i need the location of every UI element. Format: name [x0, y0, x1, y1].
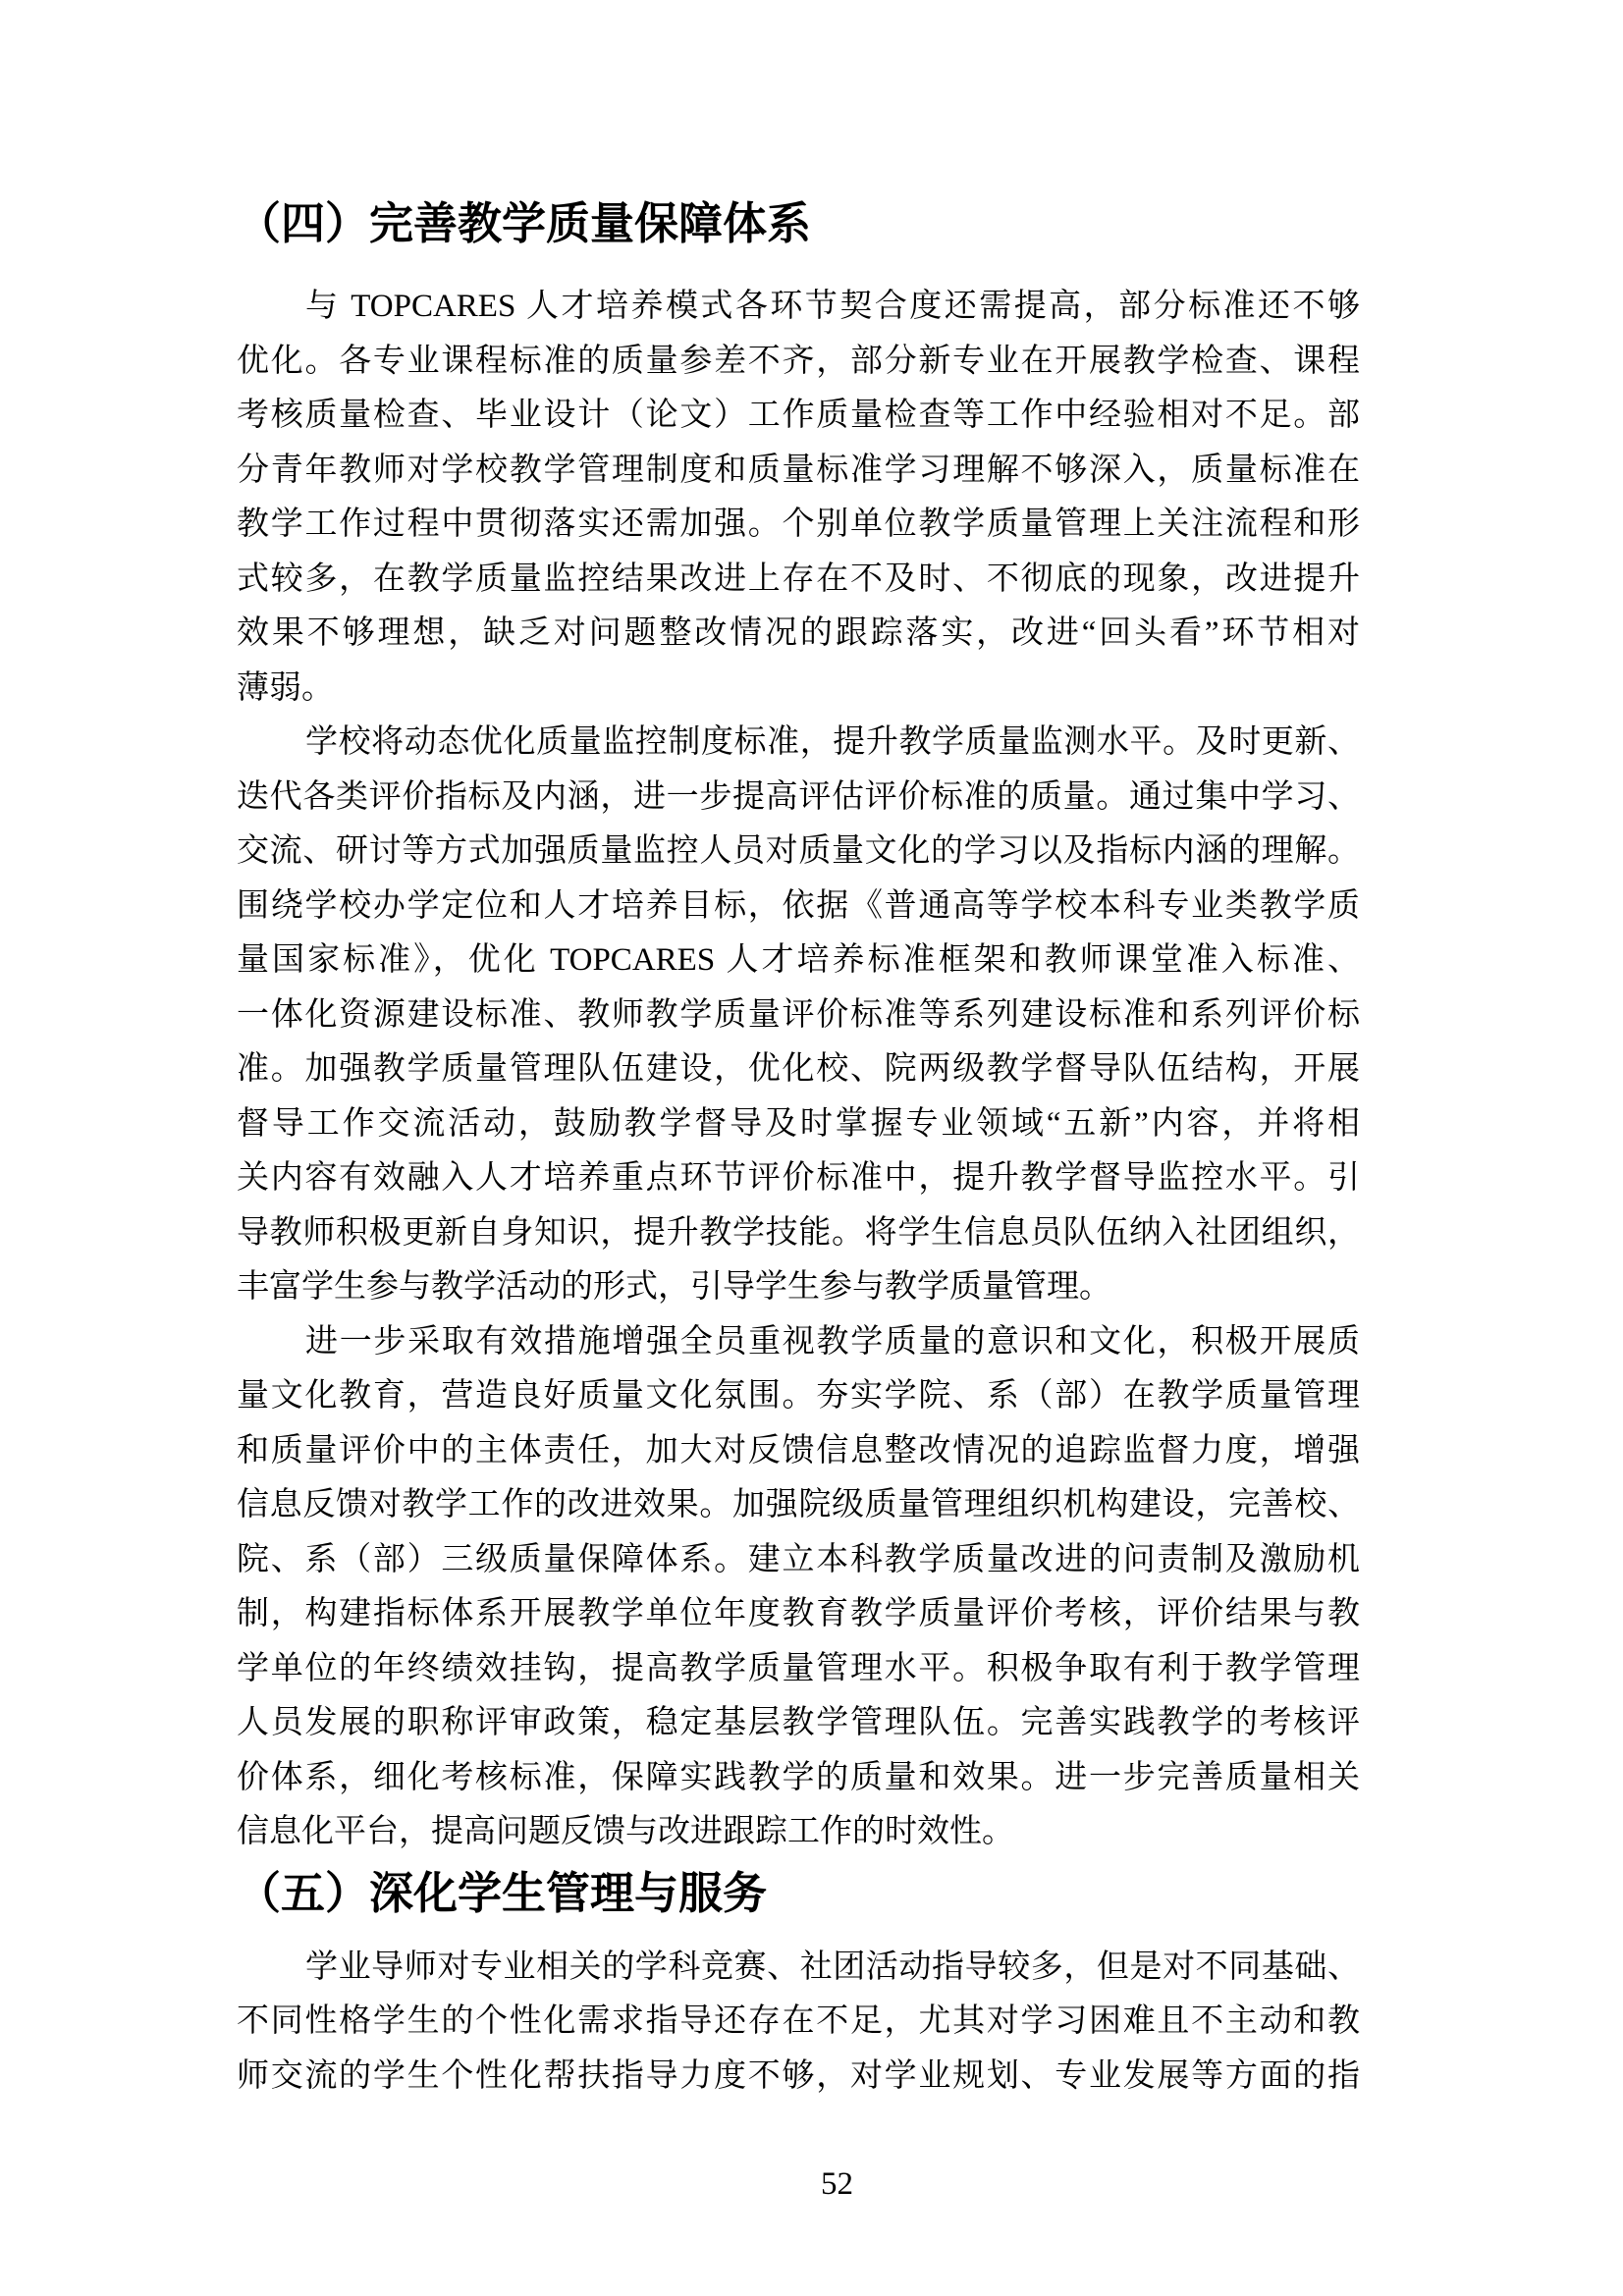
paragraph: 学业导师对专业相关的学科竞赛、社团活动指导较多，但是对不同基础、不同性格学生的个… [237, 1941, 1360, 2105]
text-line: 薄弱。 [237, 662, 1360, 717]
text-line: 信息化平台，提高问题反馈与改进跟踪工作的时效性。 [237, 1805, 1360, 1860]
paragraph: 进一步采取有效措施增强全员重视教学质量的意识和文化，积极开展质量文化教育，营造良… [237, 1315, 1360, 1860]
page-number: 52 [0, 2164, 1623, 2204]
text-line: 价体系，细化考核标准，保障实践教学的质量和效果。进一步完善质量相关 [237, 1751, 1360, 1806]
text-line: 考核质量检查、毕业设计（论文）工作质量检查等工作中经验相对不足。部 [237, 389, 1360, 444]
section-heading: （五）深化学生管理与服务 [237, 1862, 1360, 1925]
text-line: 一体化资源建设标准、教师教学质量评价标准等系列建设标准和系列评价标 [237, 988, 1360, 1043]
paragraph: 学校将动态优化质量监控制度标准，提升教学质量监测水平。及时更新、迭代各类评价指标… [237, 716, 1360, 1315]
text-line: 交流、研讨等方式加强质量监控人员对质量文化的学习以及指标内涵的理解。 [237, 825, 1360, 880]
document-page: （四）完善教学质量保障体系与 TOPCARES 人才培养模式各环节契合度还需提高… [0, 0, 1623, 2296]
text-line: 围绕学校办学定位和人才培养目标，依据《普通高等学校本科专业类教学质 [237, 880, 1360, 934]
text-line: 与 TOPCARES 人才培养模式各环节契合度还需提高，部分标准还不够 [237, 280, 1360, 335]
text-line: 分青年教师对学校教学管理制度和质量标准学习理解不够深入，质量标准在 [237, 444, 1360, 499]
text-line: 式较多，在教学质量监控结果改进上存在不及时、不彻底的现象，改进提升 [237, 553, 1360, 608]
text-line: 量文化教育，营造良好质量文化氛围。夯实学院、系（部）在教学质量管理 [237, 1369, 1360, 1424]
text-line: 准。加强教学质量管理队伍建设，优化校、院两级教学督导队伍结构，开展 [237, 1042, 1360, 1097]
text-line: 和质量评价中的主体责任，加大对反馈信息整改情况的追踪监督力度，增强 [237, 1424, 1360, 1479]
text-line: 师交流的学生个性化帮扶指导力度不够，对学业规划、专业发展等方面的指 [237, 2050, 1360, 2105]
text-line: 优化。各专业课程标准的质量参差不齐，部分新专业在开展教学检查、课程 [237, 335, 1360, 390]
document-content: （四）完善教学质量保障体系与 TOPCARES 人才培养模式各环节契合度还需提高… [237, 192, 1360, 2104]
text-line: 制，构建指标体系开展教学单位年度教育教学质量评价考核，评价结果与教 [237, 1587, 1360, 1642]
text-line: 教学工作过程中贯彻落实还需加强。个别单位教学质量管理上关注流程和形 [237, 498, 1360, 553]
text-line: 学单位的年终绩效挂钩，提高教学质量管理水平。积极争取有利于教学管理 [237, 1642, 1360, 1697]
text-line: 学校将动态优化质量监控制度标准，提升教学质量监测水平。及时更新、 [237, 716, 1360, 771]
text-line: 迭代各类评价指标及内涵，进一步提高评估评价标准的质量。通过集中学习、 [237, 771, 1360, 826]
text-line: 学业导师对专业相关的学科竞赛、社团活动指导较多，但是对不同基础、 [237, 1941, 1360, 1996]
text-line: 院、系（部）三级质量保障体系。建立本科教学质量改进的问责制及激励机 [237, 1533, 1360, 1588]
text-line: 人员发展的职称评审政策，稳定基层教学管理队伍。完善实践教学的考核评 [237, 1696, 1360, 1751]
text-line: 丰富学生参与教学活动的形式，引导学生参与教学质量管理。 [237, 1260, 1360, 1315]
text-line: 效果不够理想，缺乏对问题整改情况的跟踪落实，改进“回头看”环节相对 [237, 607, 1360, 662]
paragraph: 与 TOPCARES 人才培养模式各环节契合度还需提高，部分标准还不够优化。各专… [237, 280, 1360, 716]
text-line: 关内容有效融入人才培养重点环节评价标准中，提升教学督导监控水平。引 [237, 1151, 1360, 1206]
text-line: 不同性格学生的个性化需求指导还存在不足，尤其对学习困难且不主动和教 [237, 1995, 1360, 2050]
text-line: 督导工作交流活动，鼓励教学督导及时掌握专业领域“五新”内容，并将相 [237, 1097, 1360, 1152]
text-line: 量国家标准》，优化 TOPCARES 人才培养标准框架和教师课堂准入标准、 [237, 934, 1360, 988]
text-line: 信息反馈对教学工作的改进效果。加强院级质量管理组织机构建设，完善校、 [237, 1478, 1360, 1533]
text-line: 进一步采取有效措施增强全员重视教学质量的意识和文化，积极开展质 [237, 1315, 1360, 1370]
text-line: 导教师积极更新自身知识，提升教学技能。将学生信息员队伍纳入社团组织， [237, 1206, 1360, 1261]
section-heading: （四）完善教学质量保障体系 [237, 192, 1360, 255]
